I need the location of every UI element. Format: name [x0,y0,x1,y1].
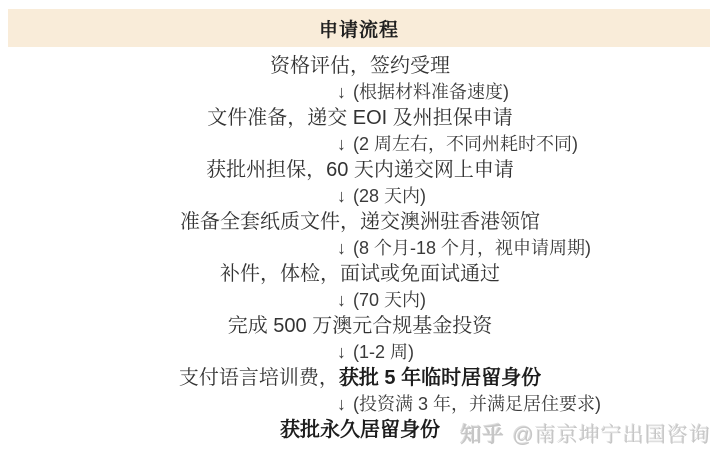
flow-step-2: 文件准备，递交 EOI 及州担保申请 [0,105,720,131]
page-title: 申请流程 [319,15,399,42]
down-arrow-icon: ↓ [337,287,346,313]
step-3-text: 获批州担保，60 天内递交网上申请 [206,159,514,181]
down-arrow-icon: ↓ [337,183,346,209]
flow-diagram: 资格评估，签约受理 ↓(根据材料准备速度) 文件准备，递交 EOI 及州担保申请… [0,53,720,443]
step-3-duration-note: (28 天内) [353,186,426,206]
step-7-bold-text: 获批 5 年临时居留身份 [339,367,541,389]
down-arrow-icon: ↓ [337,235,346,261]
step-7-duration-note: (投资满 3 年，并满足居住要求) [353,394,601,414]
flow-arrow-6: ↓(1-2 周) [0,339,720,365]
flow-arrow-5: ↓(70 天内) [0,287,720,313]
step-5-text: 补件，体检，面试或免面试通过 [220,263,500,285]
flow-arrow-4: ↓(8 个月-18 个月，视申请周期) [0,235,720,261]
down-arrow-icon: ↓ [337,339,346,365]
header-bar: 申请流程 [8,9,710,47]
flow-arrow-2: ↓(2 周左右，不同州耗时不同) [0,131,720,157]
step-5-duration-note: (70 天内) [353,290,426,310]
zhihu-watermark: 知乎@南京坤宁出国咨询 [461,419,711,449]
step-1-text: 资格评估，签约受理 [270,55,450,77]
step-2-duration-note: (2 周左右，不同州耗时不同) [353,134,578,154]
step-4-duration-note: (8 个月-18 个月，视申请周期) [353,238,591,258]
flow-arrow-3: ↓(28 天内) [0,183,720,209]
step-7-text: 支付语言培训费， [179,367,339,389]
flow-step-3: 获批州担保，60 天内递交网上申请 [0,157,720,183]
step-6-text: 完成 500 万澳元合规基金投资 [228,315,492,337]
zhihu-logo-text: 知乎 [461,424,505,447]
step-8-bold-text: 获批永久居留身份 [280,419,440,441]
flow-step-7: 支付语言培训费，获批 5 年临时居留身份 [0,365,720,391]
flow-step-6: 完成 500 万澳元合规基金投资 [0,313,720,339]
step-6-duration-note: (1-2 周) [353,342,414,362]
flow-arrow-7: ↓(投资满 3 年，并满足居住要求) [0,391,720,417]
flow-step-4: 准备全套纸质文件，递交澳洲驻香港领馆 [0,209,720,235]
flowchart-page: 申请流程 资格评估，签约受理 ↓(根据材料准备速度) 文件准备，递交 EOI 及… [0,0,720,458]
watermark-author-handle: @南京坤宁出国咨询 [513,424,711,447]
flow-step-5: 补件，体检，面试或免面试通过 [0,261,720,287]
step-4-text: 准备全套纸质文件，递交澳洲驻香港领馆 [180,211,540,233]
step-1-duration-note: (根据材料准备速度) [353,82,509,102]
flow-step-1: 资格评估，签约受理 [0,53,720,79]
step-2-text: 文件准备，递交 EOI 及州担保申请 [207,107,513,129]
flow-arrow-1: ↓(根据材料准备速度) [0,79,720,105]
down-arrow-icon: ↓ [337,131,346,157]
down-arrow-icon: ↓ [337,391,346,417]
down-arrow-icon: ↓ [337,79,346,105]
